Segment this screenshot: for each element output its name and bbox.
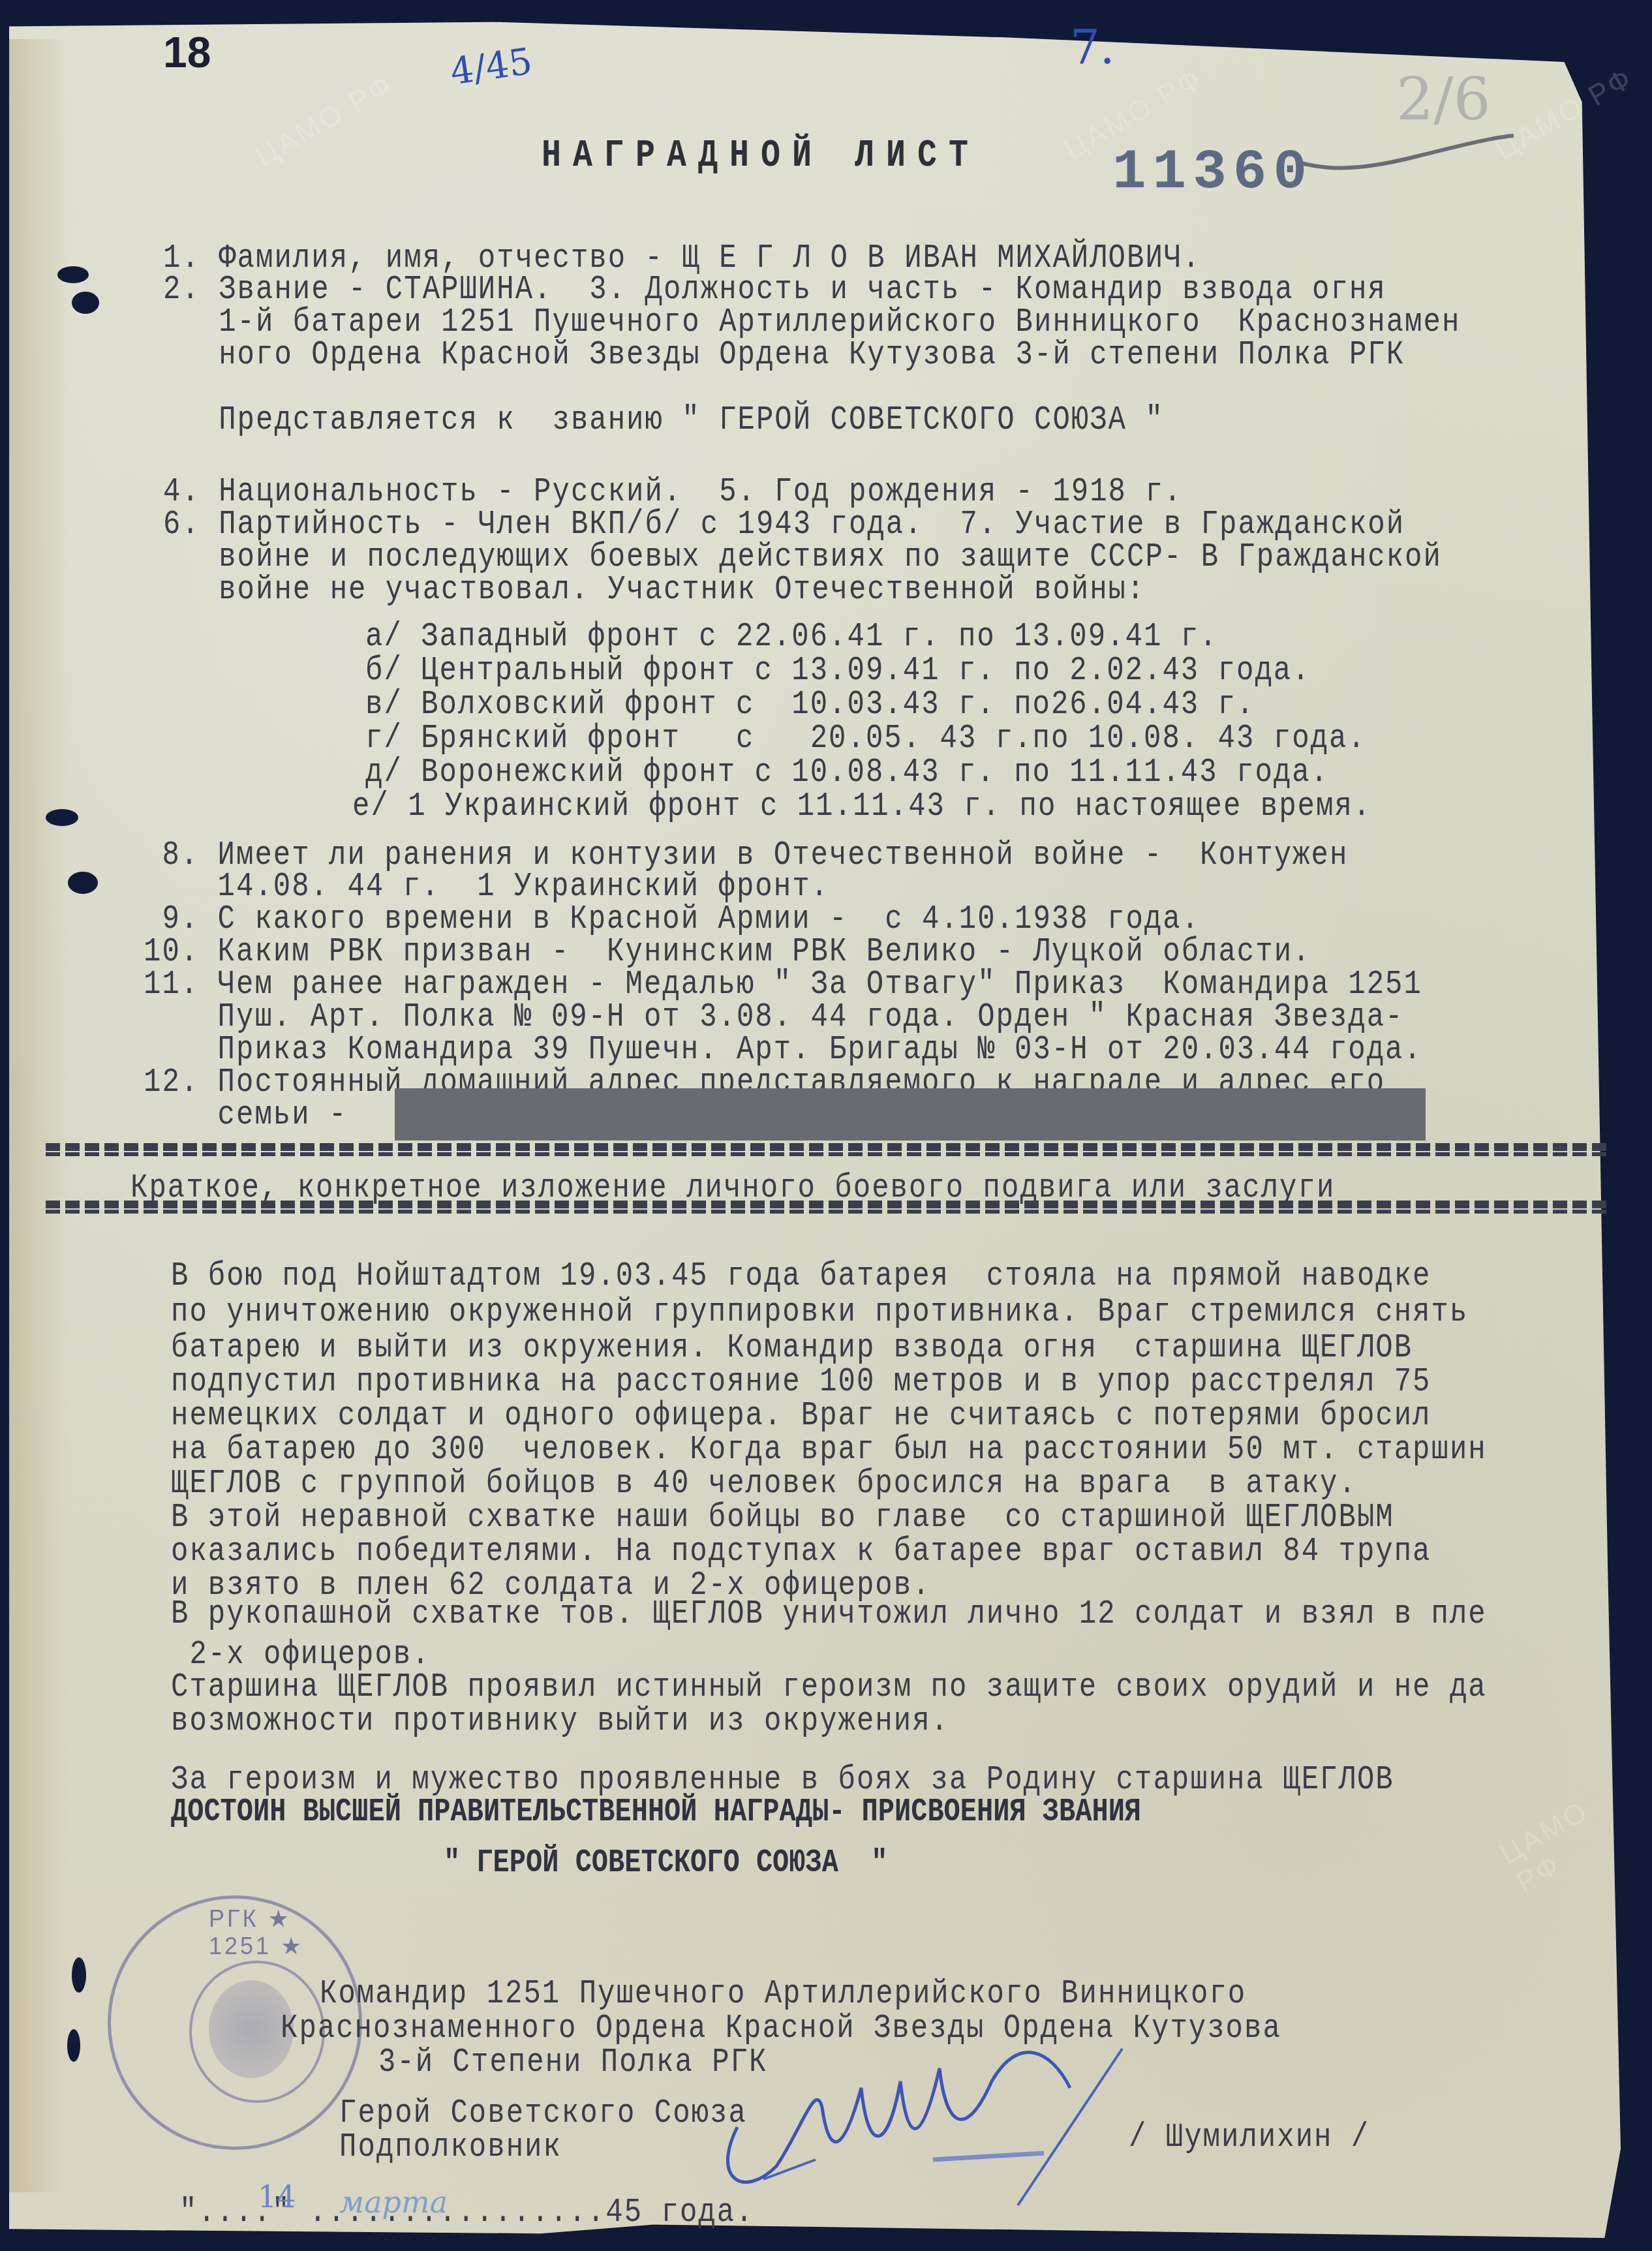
field-party: 6. Партийность - Член ВКП/б/ с 1943 года… xyxy=(163,508,1405,542)
narrative-line: на батарею до 300 человек. Когда враг бы… xyxy=(171,1433,1487,1467)
narrative-line: батарею и выйти из окружения. Командир в… xyxy=(171,1331,1413,1365)
punch-hole xyxy=(68,872,98,894)
field-nationality-birth: 4. Национальность - Русский. 5. Год рожд… xyxy=(163,475,1182,509)
punch-hole xyxy=(46,809,78,826)
field-prior-awards-3: Приказ Командира 39 Пушечн. Арт. Бригады… xyxy=(144,1033,1422,1067)
field-prior-awards-2: Пуш. Арт. Полка № 09-Н от 3.08. 44 года.… xyxy=(144,1000,1404,1034)
conclusion-line: За героизм и мужество проявленные в боях… xyxy=(171,1763,1394,1797)
narrative-line: немецких солдат и одного офицера. Враг н… xyxy=(171,1399,1431,1433)
redacted-address-block xyxy=(395,1088,1426,1141)
narrative-line: Старшина ЩЕГЛОВ проявил истинный героизм… xyxy=(171,1670,1487,1704)
signature-line-1: Командир 1251 Пушечного Артиллерийского … xyxy=(320,1977,1246,2011)
front-item: в/ Волховский фронт с 10.03.43 г. по26.0… xyxy=(365,688,1255,722)
punch-hole xyxy=(57,266,89,283)
handwritten-date-month: марта xyxy=(339,2184,448,2220)
sheet-number: 18 xyxy=(163,27,211,77)
front-item: а/ Западный фронт с 22.06.41 г. по 13.09… xyxy=(365,620,1218,654)
front-item: е/ 1 Украинский фронт с 11.11.43 г. по н… xyxy=(352,789,1371,823)
field-civil-war-2: войне не участвовал. Участник Отечествен… xyxy=(163,573,1145,607)
punch-hole xyxy=(72,1957,86,1993)
field-unit-line-1: 1-й батареи 1251 Пушечного Артиллерийско… xyxy=(163,305,1460,339)
field-wounds-2: 14.08. 44 г. 1 Украинский фронт. xyxy=(144,870,829,904)
handwritten-date-day: 14 xyxy=(258,2179,296,2214)
handwritten-signature-icon xyxy=(652,2010,1305,2218)
stamp-ring-text: РГК ★ 1251 ★ xyxy=(209,1905,359,1960)
punch-hole xyxy=(72,292,99,314)
field-army-since: 9. С какого времени в Красной Армии - с … xyxy=(144,902,1200,936)
narrative-line: ЩЕГЛОВ с группой бойцов в 40 человек бро… xyxy=(171,1467,1357,1501)
punch-hole xyxy=(67,2029,80,2062)
signature-rank: Подполковник xyxy=(339,2130,562,2164)
narrative-line: возможности противнику выйти из окружени… xyxy=(171,1704,949,1738)
narrative-line: оказались победителями. На подступах к б… xyxy=(171,1535,1431,1569)
front-item: б/ Центральный фронт с 13.09.41 г. по 2.… xyxy=(365,654,1311,688)
divider-rule xyxy=(46,1201,1612,1208)
field-civil-war-1: войне и последующих боевых действиях по … xyxy=(163,540,1442,574)
conclusion-line: ДОСТОИН ВЫСШЕЙ ПРАВИТЕЛЬСТВЕННОЙ НАГРАДЫ… xyxy=(171,1796,1141,1828)
narrative-line: В этой неравной схватке наши бойцы во гл… xyxy=(171,1501,1394,1535)
presented-for-award: Представляется к званию " ГЕРОЙ СОВЕТСКО… xyxy=(163,403,1164,437)
field-unit-line-2: ного Ордена Красной Звезды Ордена Кутузо… xyxy=(163,338,1405,372)
field-address-2: семьи - xyxy=(144,1098,347,1132)
front-item: г/ Брянский фронт с 20.05. 43 г.по 10.08… xyxy=(365,722,1366,756)
field-prior-awards-1: 11. Чем ранее награжден - Медалью " За О… xyxy=(144,968,1422,1002)
award-title: " ГЕРОЙ СОВЕТСКОГО СОЮЗА " xyxy=(444,1846,888,1879)
paper-edge-stain xyxy=(9,39,68,2192)
field-drafted-by: 10. Каким РВК призван - Кунинским РВК Ве… xyxy=(144,935,1311,969)
divider-rule xyxy=(46,1143,1612,1151)
narrative-line: В рукопашной схватке тов. ЩЕГЛОВ уничтож… xyxy=(171,1597,1487,1631)
document-title: НАГРАДНОЙ ЛИСТ xyxy=(542,137,980,176)
field-rank-position: 2. Звание - СТАРШИНА. 3. Должность и час… xyxy=(163,273,1386,307)
narrative-line: В бою под Нойштадтом 19.03.45 года батар… xyxy=(171,1259,1431,1293)
narrative-line: подпустил противника на расстояние 100 м… xyxy=(171,1365,1431,1399)
handwritten-page-mark: 7. xyxy=(1070,20,1115,74)
narrative-line: по уничтожению окруженной группировки пр… xyxy=(171,1295,1468,1329)
registration-number: 11360 xyxy=(1112,140,1313,204)
narrative-line: 2-х офицеров. xyxy=(171,1638,431,1672)
front-item: д/ Воронежский фронт с 10.08.43 г. по 11… xyxy=(365,756,1329,789)
pencil-flourish-icon xyxy=(1298,117,1520,176)
